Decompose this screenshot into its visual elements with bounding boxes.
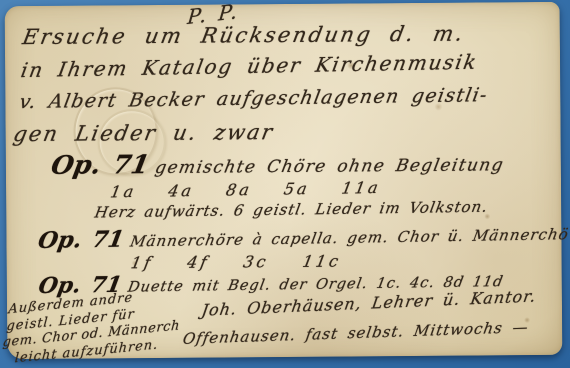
postcard-scan: P. P. Ersuche um Rücksendung d. m. in Ih… [0,0,570,368]
ink-layer: P. P. Ersuche um Rücksendung d. m. in Ih… [0,0,570,368]
handwritten-line: Herz aufwärts. 6 geistl. Lieder im Volks… [93,200,489,221]
handwritten-line-opus: Op. 71gemischte Chöre ohne Begleitung [49,150,507,179]
opus-number: Op. 71 [49,150,152,181]
handwritten-signature-line: Offenhausen. fast selbst. Mittwochs — [182,320,530,347]
handwritten-line: v. Albert Becker aufgeschlagenen geistli… [18,86,490,112]
opus-text: gemischte Chöre ohne Begleitung [153,155,505,178]
handwritten-line: gen Lieder u. zwar [12,122,276,145]
opus-number: Op. 71 [36,227,126,254]
handwritten-line-opus: Op. 71Männerchöre à capella. gem. Chor ü… [36,221,570,252]
handwritten-line: in Ihrem Katalog über Kirchenmusik [19,52,479,80]
handwritten-line: Ersuche um Rücksendung d. m. [21,24,467,49]
opus-text: Männerchöre à capella. gem. Chor ü. Männ… [129,225,570,250]
handwritten-line-numbers: 1a 4a 8a 5a 11a [109,180,382,201]
handwritten-line-numbers: 1f 4f 3c 11c [130,254,343,272]
